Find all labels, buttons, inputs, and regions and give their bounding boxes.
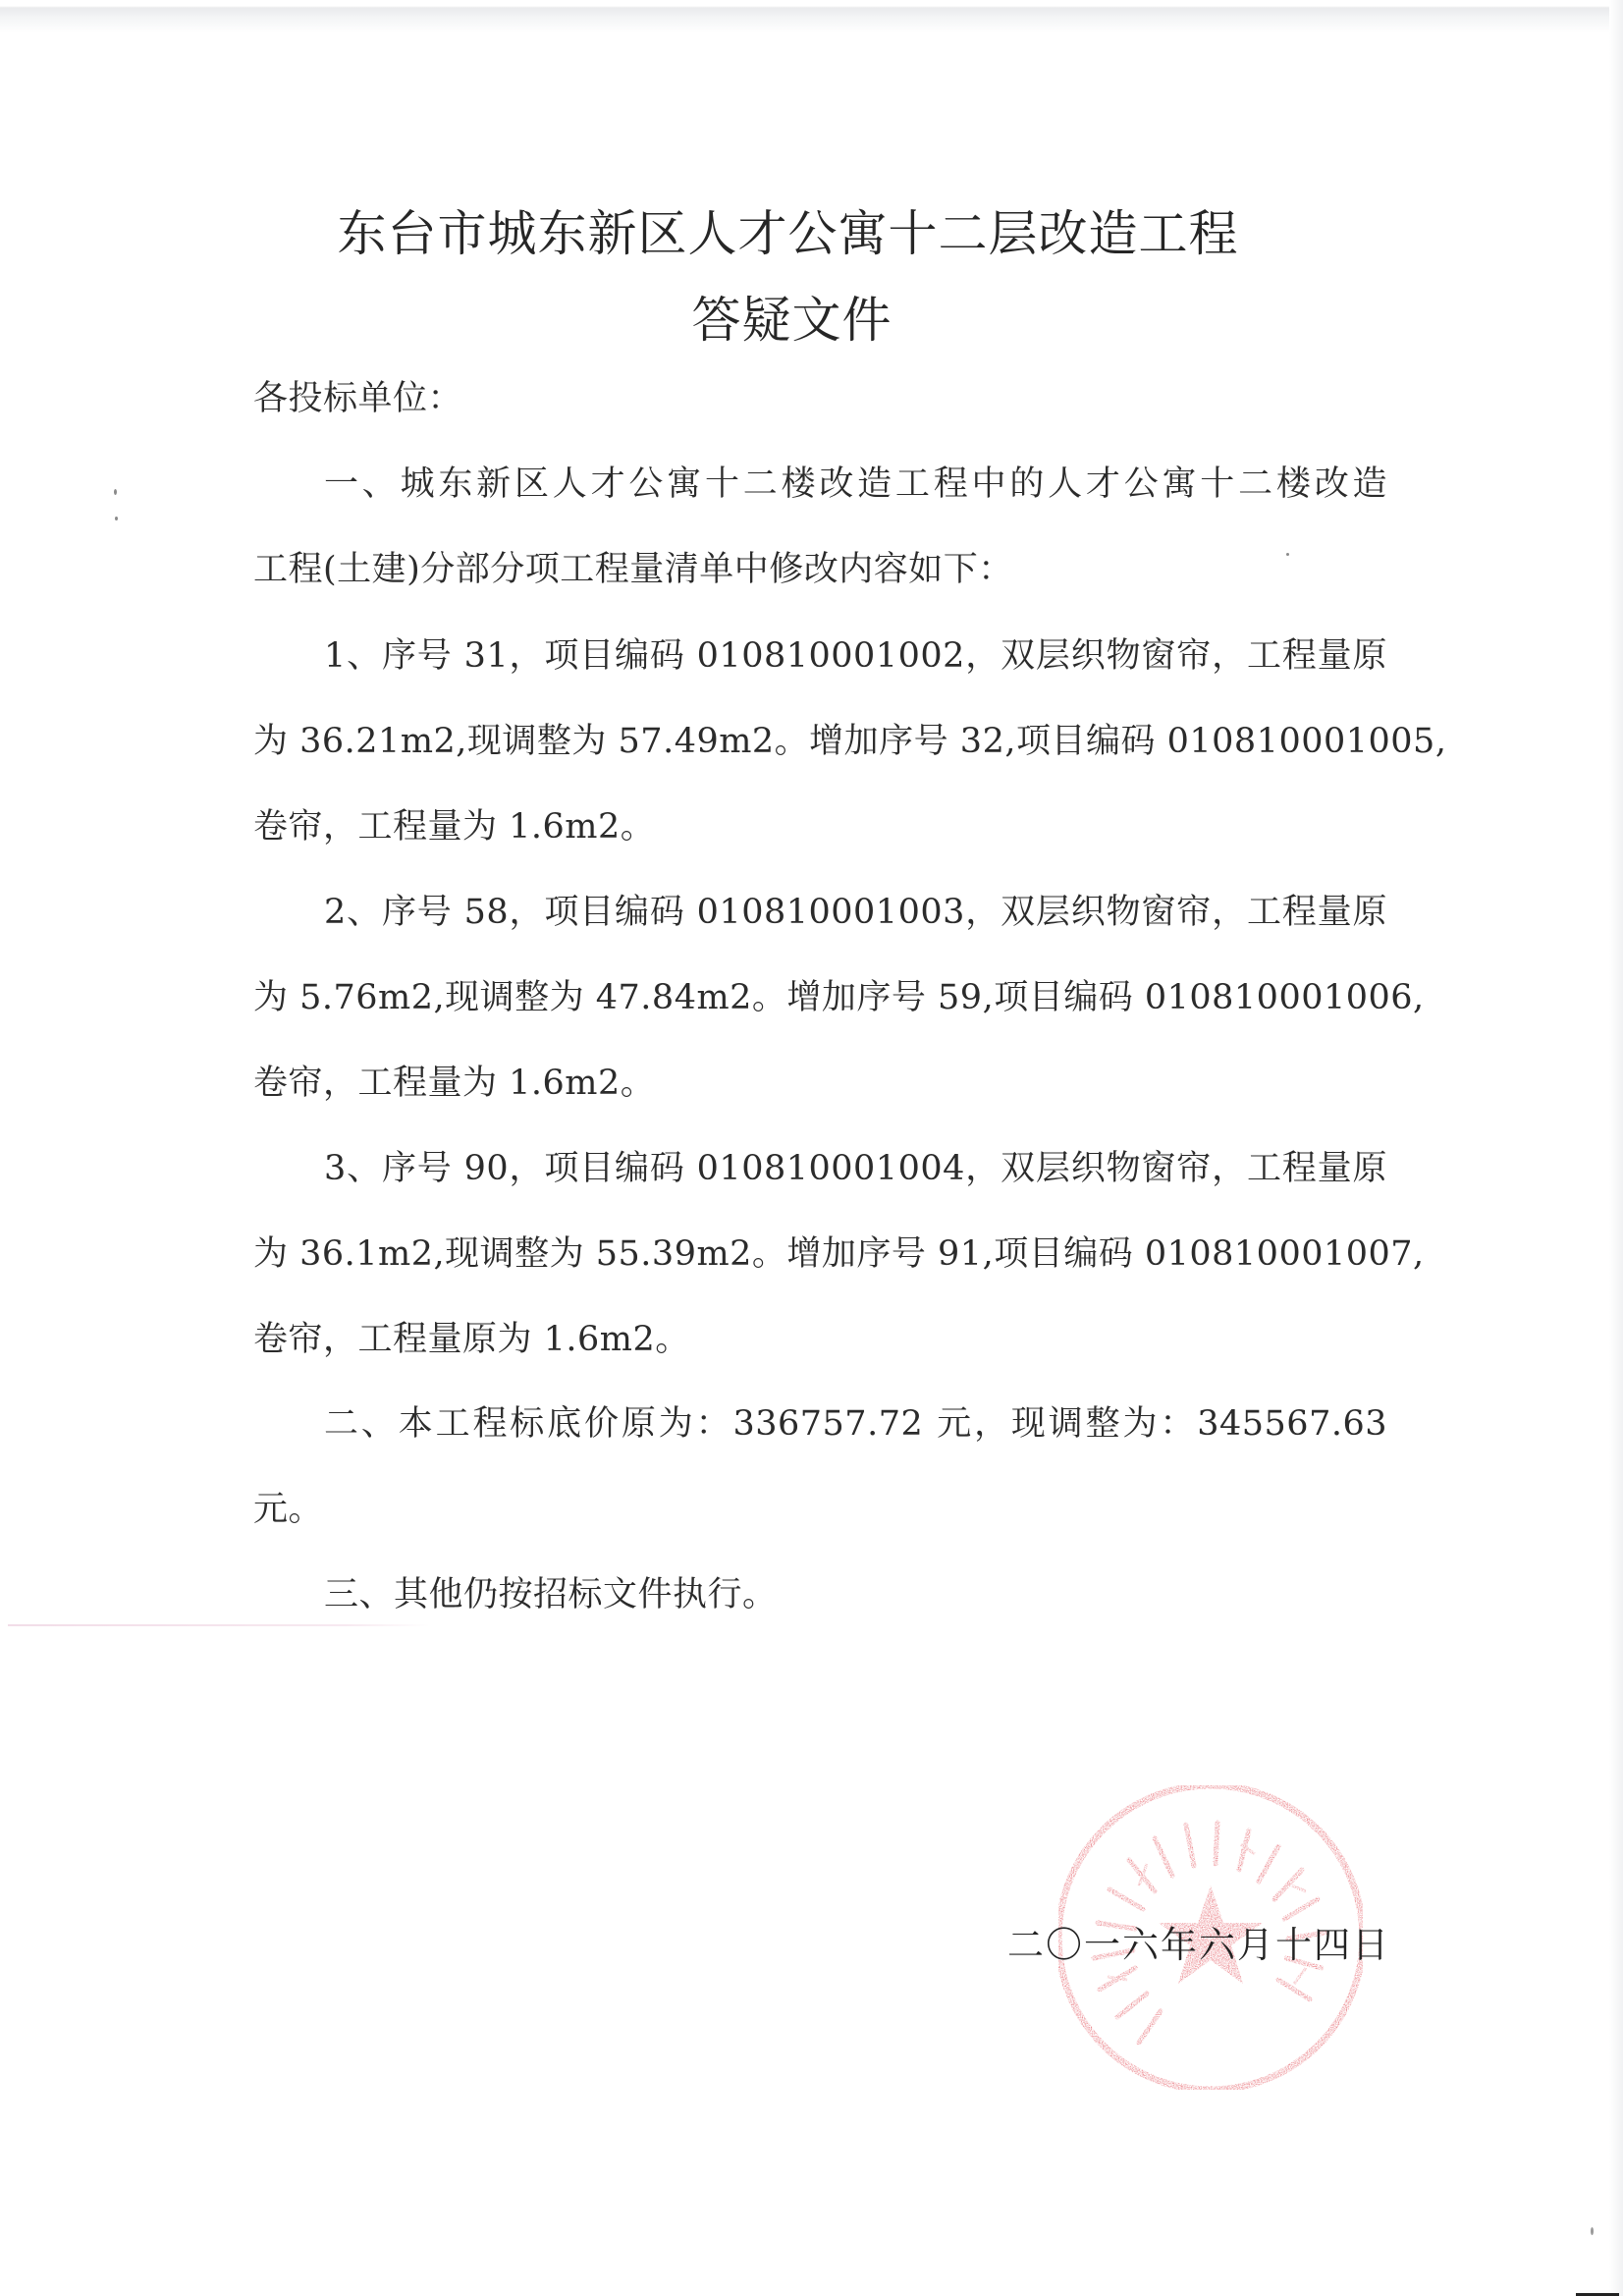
document-title: 东台市城东新区人才公寓十二层改造工程 — [0, 194, 1599, 265]
scan-speck — [1286, 553, 1289, 556]
item-3-line-3: 卷帘，工程量原为 1.6m2。 — [253, 1318, 690, 1361]
item-1-line-2: 为 36.21m2,现调整为 57.49m2。增加序号 32,项目编码 0108… — [253, 720, 1387, 763]
section-2-line-2: 元。 — [253, 1488, 323, 1531]
document-subtitle: 答疑文件 — [0, 281, 1603, 352]
scan-speck — [114, 489, 117, 495]
section-1-line-2: 工程(土建)分部分项工程量清单中修改内容如下： — [253, 548, 1013, 591]
item-2-line-1: 2、序号 58，项目编码 010810001003，双层织物窗帘，工程量原 — [324, 891, 1387, 934]
item-1-line-3: 卷帘，工程量为 1.6m2。 — [253, 805, 655, 848]
document-date: 二〇一六年六月十四日 — [1007, 1915, 1390, 1968]
scan-artifact-rule — [8, 1624, 430, 1626]
scan-speck — [1591, 2227, 1594, 2235]
section-3-line-1: 三、其他仍按招标文件执行。 — [324, 1573, 778, 1616]
item-3-line-1: 3、序号 90，项目编码 010810001004，双层织物窗帘，工程量原 — [324, 1147, 1387, 1190]
document-page: 东台市城东新区人才公寓十二层改造工程 答疑文件 各投标单位： 一、城东新区人才公… — [0, 0, 1623, 2296]
scan-speck — [115, 517, 118, 520]
section-1-line-1: 一、城东新区人才公寓十二楼改造工程中的人才公寓十二楼改造 — [324, 463, 1387, 506]
item-2-line-2: 为 5.76m2,现调整为 47.84m2。增加序号 59,项目编码 01081… — [253, 976, 1387, 1019]
item-3-line-2: 为 36.1m2,现调整为 55.39m2。增加序号 91,项目编码 01081… — [253, 1232, 1387, 1276]
item-2-line-3: 卷帘，工程量为 1.6m2。 — [253, 1062, 655, 1105]
item-1-line-1: 1、序号 31，项目编码 010810001002，双层织物窗帘，工程量原 — [324, 634, 1387, 678]
section-2-line-1: 二、本工程标底价原为：336757.72 元，现调整为：345567.63 — [324, 1402, 1387, 1446]
salutation: 各投标单位： — [253, 377, 462, 420]
